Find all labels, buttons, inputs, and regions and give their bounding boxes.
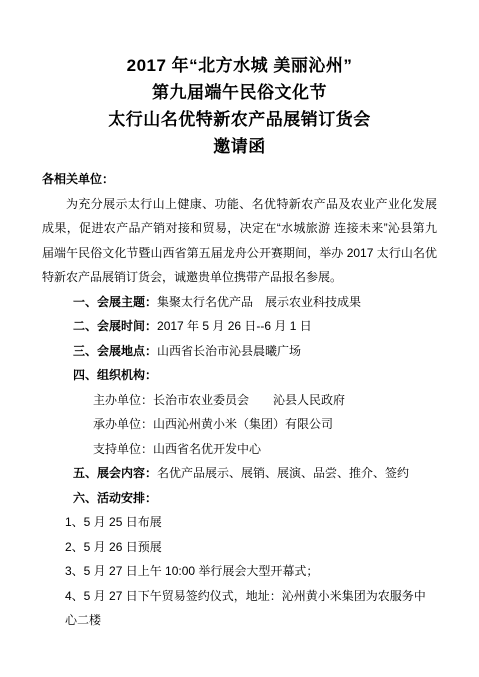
section-theme-text: 集聚太行名优产品 展示农业科技成果 xyxy=(157,295,361,309)
section-content-text: 名优产品展示、展销、展演、品尝、推介、签约 xyxy=(157,466,409,480)
schedule-item-preview: 2、5 月 26 日预展 xyxy=(42,535,437,560)
section-organization: 四、组织机构： xyxy=(42,363,437,388)
section-location: 三、会展地点：山西省长治市沁县晨曦广场 xyxy=(42,339,437,364)
organizer-host: 主办单位：长治市农业委员会 沁县人民政府 xyxy=(42,388,437,413)
section-time-text: 2017 年 5 月 26 日--6 月 1 日 xyxy=(157,319,312,333)
document-page: 2017 年“北方水城 美丽沁州” 第九届端午民俗文化节 太行山名优特新农产品展… xyxy=(0,0,479,677)
document-body: 各相关单位： 为充分展示太行山上健康、功能、名优特新农产品及农业产业化发展成果，… xyxy=(42,167,437,633)
organizer-host-text: 长治市农业委员会 沁县人民政府 xyxy=(153,393,345,407)
organizer-supporter-text: 山西省名优开发中心 xyxy=(153,442,261,456)
schedule-item-setup: 1、5 月 25 日布展 xyxy=(42,510,437,535)
organizer-undertaker-text: 山西沁州黄小米（集团）有限公司 xyxy=(153,417,333,431)
organizer-undertaker-label: 承办单位： xyxy=(93,417,153,431)
organizer-supporter: 支持单位：山西省名优开发中心 xyxy=(42,437,437,462)
section-schedule-label: 六、活动安排： xyxy=(73,491,157,505)
section-theme: 一、会展主题：集聚太行名优产品 展示农业科技成果 xyxy=(42,290,437,315)
section-location-label: 三、会展地点： xyxy=(73,344,157,358)
title-line-year-theme: 2017 年“北方水城 美丽沁州” xyxy=(40,52,439,79)
organizer-undertaker: 承办单位：山西沁州黄小米（集团）有限公司 xyxy=(42,412,437,437)
schedule-item-opening: 3、5 月 27 日上午 10:00 举行展会大型开幕式； xyxy=(42,559,437,584)
organizer-supporter-label: 支持单位： xyxy=(93,442,153,456)
title-line-festival: 第九届端午民俗文化节 xyxy=(40,79,439,106)
document-title: 2017 年“北方水城 美丽沁州” 第九届端午民俗文化节 太行山名优特新农产品展… xyxy=(40,0,439,160)
organizer-host-label: 主办单位： xyxy=(93,393,153,407)
section-organization-label: 四、组织机构： xyxy=(73,368,157,382)
title-line-invitation: 邀请函 xyxy=(40,133,439,160)
intro-paragraph: 为充分展示太行山上健康、功能、名优特新农产品及农业产业化发展成果，促进农产品产销… xyxy=(42,192,437,290)
section-content: 五、展会内容：名优产品展示、展销、展演、品尝、推介、签约 xyxy=(42,461,437,486)
title-line-fair: 太行山名优特新农产品展销订货会 xyxy=(40,106,439,133)
section-location-text: 山西省长治市沁县晨曦广场 xyxy=(157,344,301,358)
salutation: 各相关单位： xyxy=(42,167,437,192)
section-time-label: 二、会展时间： xyxy=(73,319,157,333)
section-content-label: 五、展会内容： xyxy=(73,466,157,480)
schedule-item-signing: 4、5 月 27 日下午贸易签约仪式，地址：沁州黄小米集团为农服务中心二楼 xyxy=(42,584,437,633)
section-theme-label: 一、会展主题： xyxy=(73,295,157,309)
section-schedule: 六、活动安排： xyxy=(42,486,437,511)
section-time: 二、会展时间：2017 年 5 月 26 日--6 月 1 日 xyxy=(42,314,437,339)
